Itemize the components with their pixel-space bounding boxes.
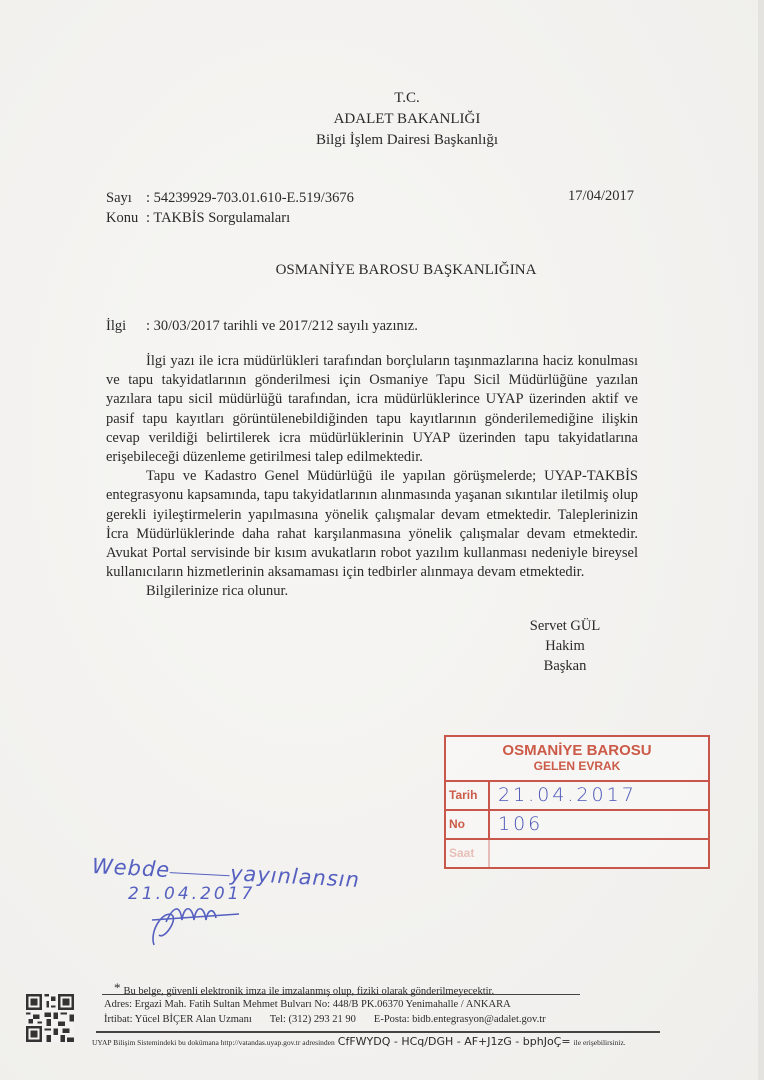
document-page: T.C. ADALET BAKANLIĞI Bilgi İşlem Daires… [0,0,764,1080]
footer-email[interactable]: E-Posta: bidb.entegrasyon@adalet.gov.tr [374,1014,546,1025]
footer-address: Adres: Ergazi Mah. Fatih Sultan Mehmet B… [104,997,546,1012]
letterhead-ministry: ADALET BAKANLIĞI [50,109,764,130]
addressee: OSMANİYE BAROSU BAŞKANLIĞINA [0,262,764,279]
handwritten-signature-icon [144,900,254,950]
incoming-document-stamp: OSMANİYE BAROSU GELEN EVRAK Tarih 21.04.… [444,735,710,869]
footer-phone: Tel: (312) 293 21 90 [270,1014,356,1025]
stamp-row-date: Tarih 21.04.2017 [446,782,708,811]
signatory-name: Servet GÜL [500,616,630,636]
signatory-position: Başkan [500,656,630,676]
konu-value: : TAKBİS Sorgulamaları [146,210,290,226]
letter-body: İlgi yazı ile icra müdürlükleri tarafınd… [106,352,638,602]
stamp-value-time [490,840,708,867]
stamp-label-number: No [446,811,490,838]
stamp-row-time: Saat [446,840,708,867]
footer-divider-2 [96,1031,660,1033]
stamp-label-time: Saat [446,840,490,867]
stamp-row-number: No 106 [446,811,708,840]
body-paragraph: İlgi yazı ile icra müdürlükleri tarafınd… [106,352,638,467]
footnote-star: * [114,980,121,995]
handwritten-underline [170,872,230,876]
body-paragraph: Tapu ve Kadastro Genel Müdürlüğü ile yap… [106,467,638,582]
stamp-subtitle: GELEN EVRAK [446,759,708,774]
sayi-label: Sayı [106,188,146,208]
stamp-value-number: 106 [490,811,708,838]
verification-line: UYAP Bilişim Sistemindeki bu dokümana ht… [92,1035,626,1048]
document-meta: Sayı: 54239929-703.01.610-E.519/3676 Kon… [106,188,354,228]
stamp-title: OSMANİYE BAROSU [446,737,708,759]
document-date: 17/04/2017 [568,188,634,205]
footnote-text: Bu belge, güvenli elektronik imza ile im… [124,986,495,997]
verify-code: CfFWYDQ - HCq/DGH - AF+J1zG - bphJoÇ= [338,1035,571,1048]
footer-divider [102,994,580,995]
footer-contact: Adres: Ergazi Mah. Fatih Sultan Mehmet B… [104,997,546,1027]
ilgi-value: : 30/03/2017 tarihli ve 2017/212 sayılı … [146,318,418,334]
letterhead: T.C. ADALET BAKANLIĞI Bilgi İşlem Daires… [0,88,764,151]
verify-suffix: ile erişebilirsiniz. [574,1038,626,1047]
scan-edge [758,0,764,1080]
stamp-label-date: Tarih [446,782,490,809]
sayi-value: : 54239929-703.01.610-E.519/3676 [146,190,354,206]
ilgi-label: İlgi [106,318,146,335]
stamp-value-date: 21.04.2017 [490,782,708,809]
letterhead-tc: T.C. [50,88,764,109]
letterhead-department: Bilgi İşlem Dairesi Başkanlığı [50,130,764,151]
body-paragraph: Bilgilerinize rica olunur. [106,582,638,601]
ilgi-line: İlgi: 30/03/2017 tarihli ve 2017/212 say… [106,318,418,335]
footer-contact-person: İrtibat: Yücel BİÇER Alan Uzmanı [104,1014,252,1025]
stamp-header: OSMANİYE BAROSU GELEN EVRAK [446,737,708,782]
handwritten-note: Webdeyayınlansın 21.04.2017 [92,854,360,950]
verify-prefix: UYAP Bilişim Sistemindeki bu dokümana ht… [92,1038,335,1047]
signature-block: Servet GÜL Hakim Başkan [500,616,630,676]
handwritten-word-1: Webde [91,854,170,882]
signatory-title: Hakim [500,636,630,656]
addressee-text: OSMANİYE BAROSU BAŞKANLIĞINA [276,262,537,278]
konu-label: Konu [106,208,146,228]
qr-code-icon [26,994,74,1042]
